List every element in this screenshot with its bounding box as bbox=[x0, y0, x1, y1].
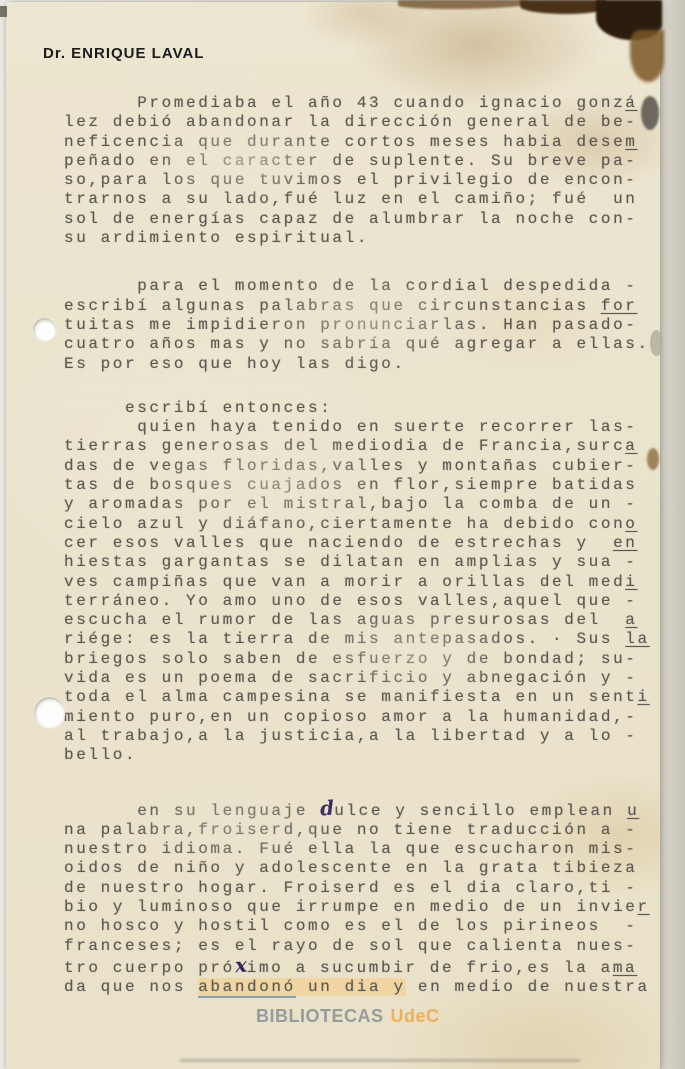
typed-segment: abandonó bbox=[198, 978, 296, 996]
typed-line: su ardimiento espiritual. bbox=[64, 229, 654, 248]
typed-line: no hosco y hostil como es el de los piri… bbox=[64, 917, 654, 936]
typed-segment: trarnos a su lado,fué luz en el camiño; … bbox=[64, 190, 637, 208]
typed-segment: en su lenguaje bbox=[64, 802, 320, 820]
typed-line: franceses; es el rayo de sol que calient… bbox=[64, 937, 654, 956]
typed-segment: para el momento de la cordial despedida … bbox=[64, 277, 637, 295]
typed-segment: cielo azul y diáfano,ciertamente ha debi… bbox=[64, 515, 625, 533]
typed-line: cuatro años mas y no sabría qué agregar … bbox=[64, 335, 654, 354]
typed-line: cielo azul y diáfano,ciertamente ha debi… bbox=[64, 515, 654, 534]
typed-line: escribí algunas palabras que circunstanc… bbox=[64, 297, 654, 316]
typed-segment: toda el alma campesina se manifiesta en … bbox=[64, 688, 637, 706]
typed-segment: en medio de nuestra bbox=[406, 978, 650, 996]
typed-line: da que nos abandonó un dia y en medio de… bbox=[64, 978, 654, 997]
typed-segment: ulce y sencillo emplean bbox=[334, 802, 627, 820]
typed-line: tas de bosques cuajados en flor,siempre … bbox=[64, 476, 654, 495]
stamp-bibliotecas: BIBLIOTECAS bbox=[256, 1006, 384, 1026]
typed-segment: escribí entonces: bbox=[64, 399, 332, 417]
edge-stain bbox=[647, 448, 659, 470]
typed-segment: miento puro,en un copioso amor a la huma… bbox=[64, 708, 637, 726]
typed-segment: a bbox=[625, 437, 637, 455]
typed-segment: for bbox=[601, 297, 638, 315]
typed-line: sol de energías capaz de alumbrar la noc… bbox=[64, 210, 654, 229]
typed-line: escribí entonces: bbox=[64, 399, 654, 418]
typed-segment: quien haya tenido en suerte recorrer las… bbox=[64, 418, 637, 436]
typed-segment: tas de bosques cuajados en flor,siempre … bbox=[64, 476, 637, 494]
typed-segment: vida es un poema de sacrificio y abnegac… bbox=[64, 669, 637, 687]
typed-line: terráneo. Yo amo uno de esos valles,aque… bbox=[64, 592, 654, 611]
typed-line: cer esos valles que naciendo de estrecha… bbox=[64, 534, 654, 553]
typed-segment: r bbox=[637, 898, 649, 916]
typed-line: so,para los que tuvimos el privilegio de… bbox=[64, 171, 654, 190]
typed-line: y aromadas por el mistral,bajo la comba … bbox=[64, 495, 654, 514]
typed-segment: riége: es la tierra de mis antepasados. … bbox=[64, 630, 625, 648]
typed-line: bio y luminoso que irrumpe en medio de u… bbox=[64, 898, 654, 917]
typed-segment: ves campiñas que van a morir a orillas d… bbox=[64, 573, 625, 591]
typed-line: en su lenguaje dulce y sencillo emplean … bbox=[64, 799, 654, 821]
typed-segment: tuitas me impidieron pronunciarlas. Han … bbox=[64, 316, 637, 334]
typed-segment: escribí algunas palabras que circunstanc… bbox=[64, 297, 601, 315]
typed-segment: da que nos bbox=[64, 978, 198, 996]
typed-line: briegos solo saben de esfuerzo y de bond… bbox=[64, 650, 654, 669]
bottom-edge-shadow bbox=[180, 1059, 580, 1062]
typed-segment: neficencia que durante cortos meses habi… bbox=[64, 133, 625, 151]
typed-line: peñado en el caracter de suplente. Su br… bbox=[64, 152, 654, 171]
ink-correction: x bbox=[234, 955, 247, 975]
typed-line: lez debió abandonar la dirección general… bbox=[64, 113, 654, 132]
typed-segment: a bbox=[625, 611, 637, 629]
paragraph: Promediaba el año 43 cuando ignacio gonz… bbox=[64, 94, 654, 248]
paragraph: para el momento de la cordial despedida … bbox=[64, 277, 654, 373]
typed-segment: de nuestro hogar. Froiserd es el dia cla… bbox=[64, 879, 637, 897]
typed-segment: cer esos valles que naciendo de estrecha… bbox=[64, 534, 613, 552]
typed-segment: cuatro años mas y no sabría qué agregar … bbox=[64, 335, 650, 353]
typed-line: hiestas gargantas se dilatan en amplias … bbox=[64, 553, 654, 572]
typed-segment: o bbox=[625, 515, 637, 533]
typed-segment: imo a sucumbir de frio,es la a bbox=[247, 959, 613, 977]
typed-line: tuitas me impidieron pronunciarlas. Han … bbox=[64, 316, 654, 335]
typed-segment: m bbox=[625, 133, 637, 151]
typed-segment: nuestro idioma. Fué ella la que escuchar… bbox=[64, 840, 637, 858]
typed-line: tierras generosas del mediodia de Franci… bbox=[64, 437, 654, 456]
typed-segment: briegos solo saben de esfuerzo y de bond… bbox=[64, 650, 637, 668]
typed-segment: bello. bbox=[64, 746, 137, 764]
letterhead-name: Dr. ENRIQUE LAVAL bbox=[43, 45, 204, 62]
typed-segment: Promediaba el año 43 cuando ignacio gonz bbox=[64, 94, 625, 112]
typed-segment: y aromadas por el mistral,bajo la comba … bbox=[64, 495, 637, 513]
typed-line: al trabajo,a la justicia,a la libertad y… bbox=[64, 727, 654, 746]
typed-segment: franceses; es el rayo de sol que calient… bbox=[64, 937, 637, 955]
typed-segment: al trabajo,a la justicia,a la libertad y… bbox=[64, 727, 637, 745]
edge-stain bbox=[650, 330, 663, 356]
typed-line: nuestro idioma. Fué ella la que escuchar… bbox=[64, 840, 654, 859]
typed-segment: Es por eso que hoy las digo. bbox=[64, 355, 406, 373]
typed-line: para el momento de la cordial despedida … bbox=[64, 277, 654, 296]
edge-stain bbox=[0, 6, 7, 17]
punch-hole-bottom bbox=[34, 697, 65, 728]
typed-line: riége: es la tierra de mis antepasados. … bbox=[64, 630, 654, 649]
ink-correction: d bbox=[320, 798, 335, 818]
typed-line: das de vegas floridas,valles y montañas … bbox=[64, 457, 654, 476]
typed-segment: peñado en el caracter de suplente. Su br… bbox=[64, 152, 637, 170]
typed-segment: so,para los que tuvimos el privilegio de… bbox=[64, 171, 637, 189]
typed-segment: un dia y bbox=[296, 978, 406, 996]
typed-segment: oidos de niño y adolescente en la grata … bbox=[64, 859, 637, 877]
paragraph: en su lenguaje dulce y sencillo emplean … bbox=[64, 799, 654, 998]
typed-line: miento puro,en un copioso amor a la huma… bbox=[64, 708, 654, 727]
typed-line: tro cuerpo próximo a sucumbir de frio,es… bbox=[64, 956, 654, 978]
typed-line: toda el alma campesina se manifiesta en … bbox=[64, 688, 654, 707]
typed-segment: sol de energías capaz de alumbrar la noc… bbox=[64, 210, 637, 228]
typed-segment: hiestas gargantas se dilatan en amplias … bbox=[64, 553, 637, 571]
typed-segment: ma bbox=[613, 959, 637, 977]
typed-segment: escucha el rumor de las aguas presurosas… bbox=[64, 611, 625, 629]
typed-segment: en bbox=[613, 534, 637, 552]
edge-stain bbox=[641, 96, 659, 130]
typed-segment: bio y luminoso que irrumpe en medio de u… bbox=[64, 898, 637, 916]
typed-text: Promediaba el año 43 cuando ignacio gonz… bbox=[64, 94, 654, 997]
typed-line: Es por eso que hoy las digo. bbox=[64, 355, 654, 374]
typed-segment: i bbox=[625, 573, 637, 591]
typed-segment: tierras generosas del mediodia de Franci… bbox=[64, 437, 625, 455]
typed-line: na palabra,froiserd,que no tiene traducc… bbox=[64, 821, 654, 840]
torn-corner bbox=[630, 30, 664, 82]
typed-segment: das de vegas floridas,valles y montañas … bbox=[64, 457, 637, 475]
typed-line: Promediaba el año 43 cuando ignacio gonz… bbox=[64, 94, 654, 113]
typed-segment: lez debió abandonar la dirección general… bbox=[64, 113, 637, 131]
typed-segment: terráneo. Yo amo uno de esos valles,aque… bbox=[64, 592, 637, 610]
stamp-udec: UdeC bbox=[391, 1006, 440, 1026]
typed-segment: tro cuerpo pró bbox=[64, 959, 235, 977]
library-stamp: BIBLIOTECASUdeC bbox=[256, 1006, 440, 1027]
paragraph: escribí entonces: quien haya tenido en s… bbox=[64, 399, 654, 766]
typed-line: escucha el rumor de las aguas presurosas… bbox=[64, 611, 654, 630]
typed-line: neficencia que durante cortos meses habi… bbox=[64, 133, 654, 152]
typed-line: quien haya tenido en suerte recorrer las… bbox=[64, 418, 654, 437]
typed-line: de nuestro hogar. Froiserd es el dia cla… bbox=[64, 879, 654, 898]
typed-segment: la bbox=[625, 630, 649, 648]
typed-line: ves campiñas que van a morir a orillas d… bbox=[64, 573, 654, 592]
typed-segment: su ardimiento espiritual. bbox=[64, 229, 369, 247]
typed-segment: na palabra,froiserd,que no tiene traducc… bbox=[64, 821, 637, 839]
typed-segment: á bbox=[625, 94, 637, 112]
punch-hole-top bbox=[33, 318, 56, 341]
typed-line: oidos de niño y adolescente en la grata … bbox=[64, 859, 654, 878]
typed-line: trarnos a su lado,fué luz en el camiño; … bbox=[64, 190, 654, 209]
typed-segment: no hosco y hostil como es el de los piri… bbox=[64, 917, 637, 935]
typed-line: bello. bbox=[64, 746, 654, 765]
typed-segment: u bbox=[627, 802, 639, 820]
typed-line: vida es un poema de sacrificio y abnegac… bbox=[64, 669, 654, 688]
typed-segment: i bbox=[637, 688, 649, 706]
